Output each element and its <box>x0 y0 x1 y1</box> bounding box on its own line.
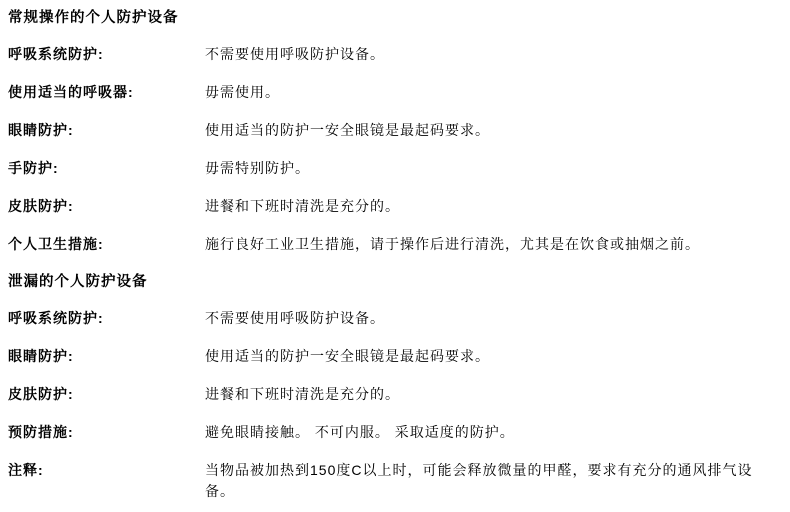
row-label: 呼吸系统防护: <box>8 308 205 329</box>
row-value: 进餐和下班时清洗是充分的。 <box>205 196 757 217</box>
table-row: 预防措施: 避免眼睛接触。 不可内服。 采取适度的防护。 <box>8 422 784 443</box>
table-row: 皮肤防护: 进餐和下班时清洗是充分的。 <box>8 196 784 217</box>
row-label: 呼吸系统防护: <box>8 44 205 65</box>
row-label: 注释: <box>8 460 205 481</box>
row-value: 使用适当的防护一安全眼镜是最起码要求。 <box>205 346 757 367</box>
table-row: 呼吸系统防护: 不需要使用呼吸防护设备。 <box>8 308 784 329</box>
row-label: 使用适当的呼吸器: <box>8 82 205 103</box>
table-row: 呼吸系统防护: 不需要使用呼吸防护设备。 <box>8 44 784 65</box>
table-row: 皮肤防护: 进餐和下班时清洗是充分的。 <box>8 384 784 405</box>
row-value: 毋需使用。 <box>205 82 757 103</box>
row-label: 预防措施: <box>8 422 205 443</box>
section-spill-ppe: 泄漏的个人防护设备 呼吸系统防护: 不需要使用呼吸防护设备。 眼睛防护: 使用适… <box>8 272 784 502</box>
row-value: 不需要使用呼吸防护设备。 <box>205 308 757 329</box>
table-row: 使用适当的呼吸器: 毋需使用。 <box>8 82 784 103</box>
section-routine-ppe: 常规操作的个人防护设备 呼吸系统防护: 不需要使用呼吸防护设备。 使用适当的呼吸… <box>8 8 784 255</box>
table-row: 手防护: 毋需特别防护。 <box>8 158 784 179</box>
row-value: 当物品被加热到150度C以上时，可能会释放微量的甲醛，要求有充分的通风排气设备。 <box>205 460 757 502</box>
row-value: 毋需特别防护。 <box>205 158 757 179</box>
row-label: 皮肤防护: <box>8 196 205 217</box>
table-row: 注释: 当物品被加热到150度C以上时，可能会释放微量的甲醛，要求有充分的通风排… <box>8 460 784 502</box>
row-label: 个人卫生措施: <box>8 234 205 255</box>
table-row: 眼睛防护: 使用适当的防护一安全眼镜是最起码要求。 <box>8 346 784 367</box>
row-label: 手防护: <box>8 158 205 179</box>
row-value: 避免眼睛接触。 不可内服。 采取适度的防护。 <box>205 422 757 443</box>
section-title: 泄漏的个人防护设备 <box>8 272 784 293</box>
row-label: 皮肤防护: <box>8 384 205 405</box>
row-value: 不需要使用呼吸防护设备。 <box>205 44 757 65</box>
ppe-document: 常规操作的个人防护设备 呼吸系统防护: 不需要使用呼吸防护设备。 使用适当的呼吸… <box>0 0 790 502</box>
row-value: 使用适当的防护一安全眼镜是最起码要求。 <box>205 120 757 141</box>
row-value: 进餐和下班时清洗是充分的。 <box>205 384 757 405</box>
table-row: 眼睛防护: 使用适当的防护一安全眼镜是最起码要求。 <box>8 120 784 141</box>
section-title: 常规操作的个人防护设备 <box>8 8 784 29</box>
row-label: 眼睛防护: <box>8 346 205 367</box>
table-row: 个人卫生措施: 施行良好工业卫生措施，请于操作后进行清洗，尤其是在饮食或抽烟之前… <box>8 234 784 255</box>
row-value: 施行良好工业卫生措施，请于操作后进行清洗，尤其是在饮食或抽烟之前。 <box>205 234 757 255</box>
row-label: 眼睛防护: <box>8 120 205 141</box>
